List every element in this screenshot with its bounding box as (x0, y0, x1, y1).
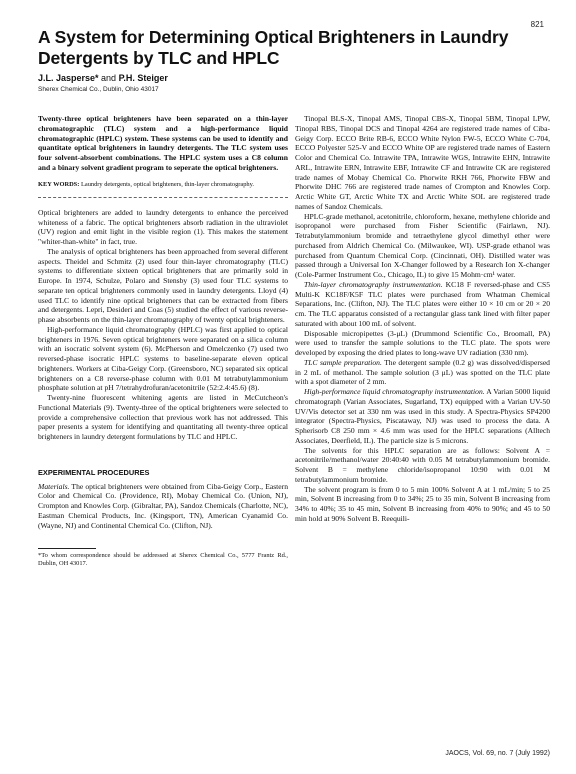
intro-paragraph-3: High-performance liquid chromatography (… (38, 325, 288, 393)
tlc-sample-label: TLC sample preparation. (304, 358, 382, 367)
affiliation: Sherex Chemical Co., Dublin, Ohio 43017 (38, 86, 159, 93)
intro-paragraph-2: The analysis of optical brighteners has … (38, 247, 288, 325)
author-joiner: and (99, 73, 119, 83)
solvents-paragraph: HPLC-grade methanol, acetonitrile, chlor… (295, 212, 550, 280)
keywords-text: Laundry detergents, optical brighteners,… (79, 181, 254, 188)
article-title: A System for Determining Optical Brighte… (38, 27, 538, 68)
left-column: Twenty-three optical brighteners have be… (38, 114, 288, 568)
right-column: Tinopal BLS-X, Tinopal AMS, Tinopal CBS-… (295, 114, 550, 524)
tlc-instrumentation-paragraph: Thin-layer chromatography instrumentatio… (295, 280, 550, 329)
hplc-solvents-paragraph: The solvents for this HPLC separation ar… (295, 446, 550, 485)
keywords-label: KEY WORDS: (38, 181, 79, 188)
abstract-divider (38, 197, 288, 198)
materials-text: The optical brighteners were obtained fr… (38, 482, 288, 530)
section-heading-experimental: EXPERIMENTAL PROCEDURES (38, 468, 288, 478)
abstract: Twenty-three optical brighteners have be… (38, 114, 288, 173)
footnote-rule (38, 548, 96, 549)
materials-label: Materials. (38, 482, 69, 491)
micropipettes-paragraph: Disposable micropipettes (3-μL) (Drummon… (295, 329, 550, 358)
hplc-instrumentation-label: High-performance liquid chromatography i… (304, 387, 485, 396)
tlc-instrumentation-label: Thin-layer chromatography instrumentatio… (304, 280, 443, 289)
hplc-instrumentation-paragraph: High-performance liquid chromatography i… (295, 387, 550, 446)
journal-citation-footer: JAOCS, Vol. 69, no. 7 (July 1992) (445, 750, 550, 757)
author-1: J.L. Jasperse* (38, 73, 99, 83)
author-2: P.H. Steiger (119, 73, 168, 83)
intro-paragraph-4: Twenty-nine fluorescent whitening agents… (38, 393, 288, 442)
solvent-program-paragraph: The solvent program is from 0 to 5 min 1… (295, 485, 550, 524)
tlc-sample-paragraph: TLC sample preparation. The detergent sa… (295, 358, 550, 387)
trade-names-paragraph: Tinopal BLS-X, Tinopal AMS, Tinopal CBS-… (295, 114, 550, 212)
intro-paragraph-1: Optical brighteners are added to laundry… (38, 208, 288, 247)
author-line: J.L. Jasperse* and P.H. Steiger (38, 73, 168, 83)
keywords: KEY WORDS: Laundry detergents, optical b… (38, 181, 288, 189)
materials-paragraph: Materials. The optical brighteners were … (38, 482, 288, 531)
correspondence-footnote: *To whom correspondence should be addres… (38, 552, 288, 568)
